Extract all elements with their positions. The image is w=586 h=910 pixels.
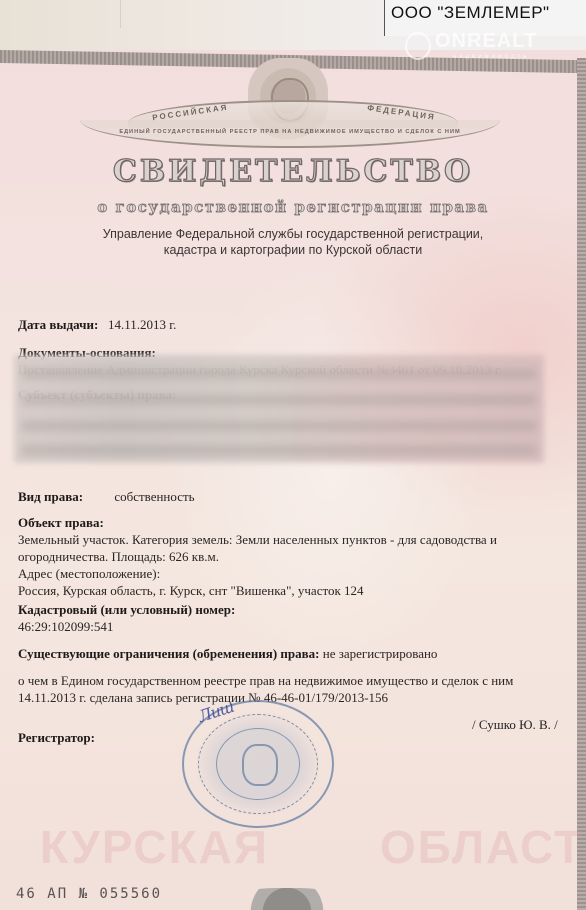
address-label: Адрес (местоположение): (18, 565, 497, 582)
object-label: Объект права: (18, 514, 497, 531)
restrictions-value: не зарегистрировано (323, 646, 438, 661)
restrictions-label: Существующие ограничения (обременения) п… (18, 646, 319, 661)
registrar-field: Регистратор: (18, 729, 95, 746)
cadastral-value: 46:29:102099:541 (18, 618, 235, 635)
object-field: Объект права: Земельный участок. Категор… (18, 514, 497, 599)
cadastral-label: Кадастровый (или условный) номер: (18, 601, 235, 618)
stamp-eagle-icon (242, 744, 278, 786)
paper-seam (120, 0, 121, 28)
ribbon-text-right: ФЕДЕРАЦИЯ (367, 103, 437, 122)
registrar-label: Регистратор: (18, 730, 95, 745)
certificate-subtitle: о государственной регистрации права (0, 198, 586, 216)
authority-line-2: кадастра и картографии по Курской област… (0, 242, 586, 258)
authority-line-1: Управление Федеральной службы государств… (0, 226, 586, 242)
right-type-value: собственность (114, 489, 194, 504)
issue-date-value: 14.11.2013 г. (108, 317, 176, 332)
subject-redacted-block (14, 355, 544, 463)
cadastral-field: Кадастровый (или условный) номер: 46:29:… (18, 601, 235, 635)
background-ghost-text-left: КУРСКАЯ (40, 820, 269, 874)
address-value: Россия, Курская область, г. Курск, снт "… (18, 582, 497, 599)
onrealt-watermark: ONREALT недвижимость (405, 28, 586, 68)
watermark-subtext: недвижимость (453, 54, 529, 60)
right-type-label: Вид права: (18, 489, 83, 504)
object-line-1: Земельный участок. Категория земель: Зем… (18, 531, 497, 548)
serial-number: 46 АП № 055560 (16, 886, 162, 902)
registrar-name: / Сушко Ю. В. / (472, 716, 558, 733)
watermark-text: ONREALT (435, 30, 537, 53)
ribbon-lower: ЕДИНЫЙ ГОСУДАРСТВЕННЫЙ РЕЕСТР ПРАВ НА НЕ… (80, 120, 500, 148)
restrictions-field: Существующие ограничения (обременения) п… (18, 645, 437, 662)
issue-date-label: Дата выдачи: (18, 317, 98, 332)
object-line-2: огородничества. Площадь: 626 кв.м. (18, 548, 497, 565)
registry-note-line-1: о чем в Едином государственном реестре п… (18, 672, 513, 689)
certificate-title: СВИДЕТЕЛЬСТВО (0, 154, 586, 189)
house-icon (405, 32, 431, 60)
right-type-field: Вид права: собственность (18, 488, 195, 505)
background-ghost-text-right: ОБЛАСТЬ (380, 820, 586, 874)
issue-date-field: Дата выдачи: 14.11.2013 г. (18, 316, 176, 333)
hologram-seal-icon (232, 888, 342, 910)
ribbon-text-lower: ЕДИНЫЙ ГОСУДАРСТВЕННЫЙ РЕЕСТР ПРАВ НА НЕ… (80, 129, 500, 135)
issuing-authority: Управление Федеральной службы государств… (0, 226, 586, 258)
company-label: ООО "ЗЕМЛЕМЕР" (391, 3, 550, 23)
